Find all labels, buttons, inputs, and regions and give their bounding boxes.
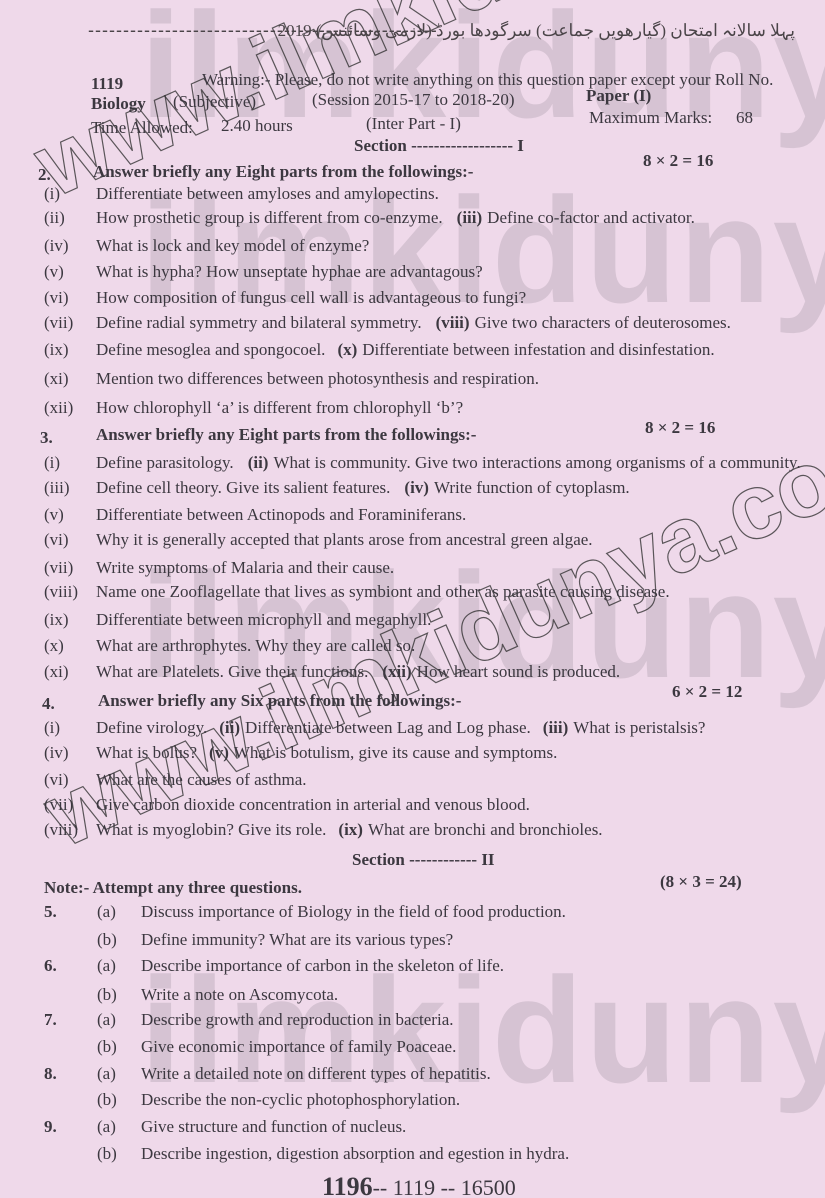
q3-part: (x)What are arthrophytes. Why they are c… (44, 636, 415, 656)
long-question-6a: 6.(a)Describe importance of carbon in th… (44, 956, 504, 976)
long-question-9b: (b)Describe ingestion, digestion absorpt… (97, 1144, 569, 1164)
footer-code-rest: -- 1119 -- 16500 (373, 1175, 516, 1198)
q3-part: (xi)What are Platelets. Give their funct… (44, 662, 620, 682)
q2-number: 2. (38, 165, 51, 185)
max-marks-label: Maximum Marks: (589, 108, 712, 128)
inter-part: (Inter Part - I) (366, 114, 461, 134)
q3-part: (ix)Differentiate between microphyll and… (44, 610, 431, 630)
q3-marks: 8 × 2 = 16 (645, 418, 715, 438)
q2-part: (vii)Define radial symmetry and bilatera… (44, 313, 731, 333)
paper-number: Paper (I) (586, 86, 651, 106)
paper-code: 1119 (91, 74, 123, 94)
long-question-7b: (b)Give economic importance of family Po… (97, 1037, 456, 1057)
q3-part: (vi)Why it is generally accepted that pl… (44, 530, 593, 550)
q2-part: (ix)Define mesoglea and spongocoel.(x)Di… (44, 340, 715, 360)
q3-part: (i)Define parasitology.(ii)What is commu… (44, 453, 801, 473)
q2-part: (iv)What is lock and key model of enzyme… (44, 236, 369, 256)
exam-paper: ilmkidunya.com ilmkidunya.com ilmkidunya… (0, 0, 825, 1198)
warning-text: Warning:- Please, do not write anything … (202, 70, 773, 90)
urdu-title: پہلا سالانہ امتحان (گیارھویں جماعت) سرگو… (278, 20, 795, 41)
q4-part: (vi)What are the causes of asthma. (44, 770, 307, 790)
q2-part: (vi)How composition of fungus cell wall … (44, 288, 526, 308)
q4-number: 4. (42, 694, 55, 714)
long-question-9a: 9.(a)Give structure and function of nucl… (44, 1117, 406, 1137)
long-question-8a: 8.(a)Write a detailed note on different … (44, 1064, 491, 1084)
q3-part: (viii)Name one Zooflagellate that lives … (44, 582, 670, 602)
q3-number: 3. (40, 428, 53, 448)
q2-marks: 8 × 2 = 16 (643, 151, 713, 171)
section-2-title: Section ------------ II (352, 850, 495, 870)
long-question-5b: (b)Define immunity? What are its various… (97, 930, 453, 950)
subject: Biology (91, 94, 146, 114)
q2-part: (ii)How prosthetic group is different fr… (44, 208, 695, 228)
time-allowed-label: Time Allowed: (91, 118, 193, 138)
section-1-title: Section ------------------ I (354, 136, 524, 156)
q4-part: (i)Define virology.(ii)Differentiate bet… (44, 718, 705, 738)
q4-part: (iv)What is bolus?(v)What is botulism, g… (44, 743, 557, 763)
long-question-7a: 7.(a)Describe growth and reproduction in… (44, 1010, 454, 1030)
q2-heading: Answer briefly any Eight parts from the … (93, 162, 473, 182)
q3-part: (v)Differentiate between Actinopods and … (44, 505, 466, 525)
time-allowed-value: 2.40 hours (221, 116, 293, 136)
section-2-note: Note:- Attempt any three questions. (44, 878, 302, 898)
q2-part: (xi)Mention two differences between phot… (44, 369, 539, 389)
q4-part: (viii)What is myoglobin? Give its role.(… (44, 820, 603, 840)
max-marks-value: 68 (736, 108, 753, 128)
q4-heading: Answer briefly any Six parts from the fo… (98, 691, 461, 711)
footer-code-main: 1196 (322, 1172, 373, 1198)
q2-part: (xii)How chlorophyll ‘a’ is different fr… (44, 398, 463, 418)
section-2-marks: (8 × 3 = 24) (660, 872, 742, 892)
session: (Session 2015-17 to 2018-20) (312, 90, 515, 110)
footer-code: 1196-- 1119 -- 16500 (322, 1172, 516, 1198)
long-question-6b: (b)Write a note on Ascomycota. (97, 985, 338, 1005)
q4-marks: 6 × 2 = 12 (672, 682, 742, 702)
q3-heading: Answer briefly any Eight parts from the … (96, 425, 476, 445)
long-question-5a: 5.(a)Discuss importance of Biology in th… (44, 902, 566, 922)
q4-part: (vii)Give carbon dioxide concentration i… (44, 795, 530, 815)
q3-part: (vii)Write symptoms of Malaria and their… (44, 558, 394, 578)
q3-part: (iii)Define cell theory. Give its salien… (44, 478, 630, 498)
long-question-8b: (b)Describe the non-cyclic photophosphor… (97, 1090, 460, 1110)
q2-part: (i)Differentiate between amyloses and am… (44, 184, 439, 204)
q2-part: (v)What is hypha? How unseptate hyphae a… (44, 262, 483, 282)
paper-type: (Subjective) (173, 92, 256, 112)
